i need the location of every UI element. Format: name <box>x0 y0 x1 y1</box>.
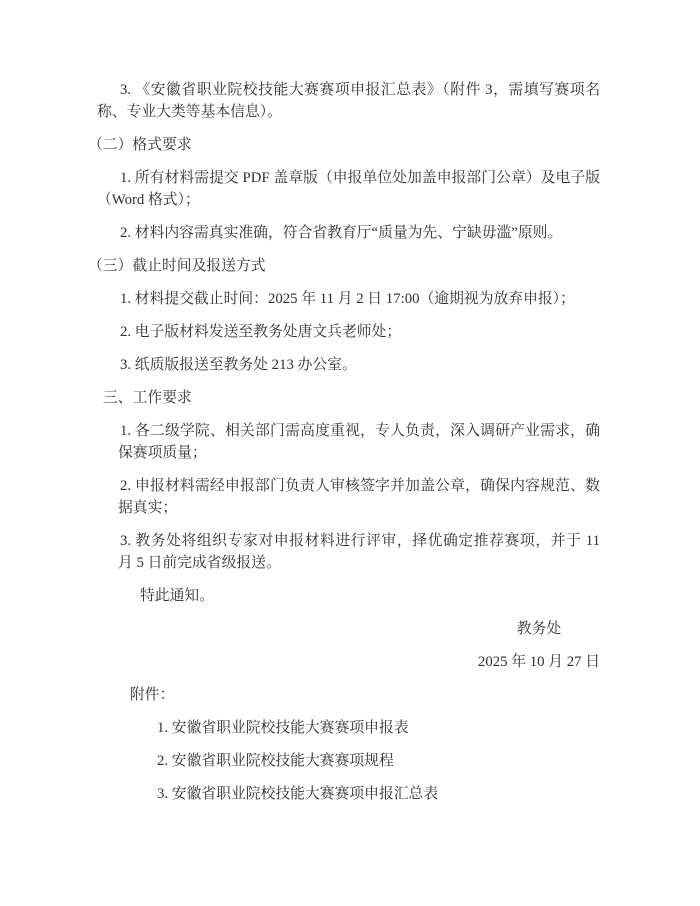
section-heading-format-requirements: （二）格式要求 <box>88 134 600 156</box>
attachment-list-item-2: 2. 安徽省职业院校技能大赛赛项规程 <box>157 750 600 772</box>
part-heading-work-requirements: 三、工作要求 <box>103 387 600 409</box>
deadline-item-1: 1. 材料提交截止时间：2025 年 11 月 2 日 17:00（逾期视为放弃… <box>97 288 600 310</box>
attachment-list-item-1: 1. 安徽省职业院校技能大赛赛项申报表 <box>157 717 600 739</box>
issue-date: 2025 年 10 月 27 日 <box>478 651 600 673</box>
deadline-item-3: 3. 纸质版报送至教务处 213 办公室。 <box>97 354 600 376</box>
format-requirement-item-1: 1. 所有材料需提交 PDF 盖章版（申报单位处加盖申报部门公章）及电子版（Wo… <box>97 167 600 211</box>
notice-document-page: 3. 《安徽省职业院校技能大赛赛项申报汇总表》（附件 3，需填写赛项名称、专业大… <box>0 0 700 906</box>
format-requirement-item-2: 2. 材料内容需真实准确，符合省教育厅“质量为先、宁缺毋滥”原则。 <box>97 222 600 244</box>
attachment-requirement-item-3: 3. 《安徽省职业院校技能大赛赛项申报汇总表》（附件 3，需填写赛项名称、专业大… <box>97 79 600 123</box>
attachment-list-item-3: 3. 安徽省职业院校技能大赛赛项申报汇总表 <box>157 783 600 805</box>
signature-block: 教务处 2025 年 10 月 27 日 <box>478 618 600 673</box>
work-requirement-item-1: 1. 各二级学院、相关部门需高度重视，专人负责，深入调研产业需求，确保赛项质量； <box>118 420 600 464</box>
deadline-item-2: 2. 电子版材料发送至教务处唐文兵老师处； <box>97 321 600 343</box>
closing-statement: 特此通知。 <box>140 585 600 607</box>
work-requirement-item-2: 2. 申报材料需经申报部门负责人审核签字并加盖公章，确保内容规范、数据真实； <box>118 475 600 519</box>
section-heading-deadline-and-submission: （三）截止时间及报送方式 <box>88 255 600 277</box>
attachments-label: 附件： <box>130 684 600 706</box>
work-requirement-item-3: 3. 教务处将组织专家对申报材料进行评审，择优确定推荐赛项，并于 11 月 5 … <box>118 530 600 574</box>
issuing-department: 教务处 <box>517 618 561 640</box>
